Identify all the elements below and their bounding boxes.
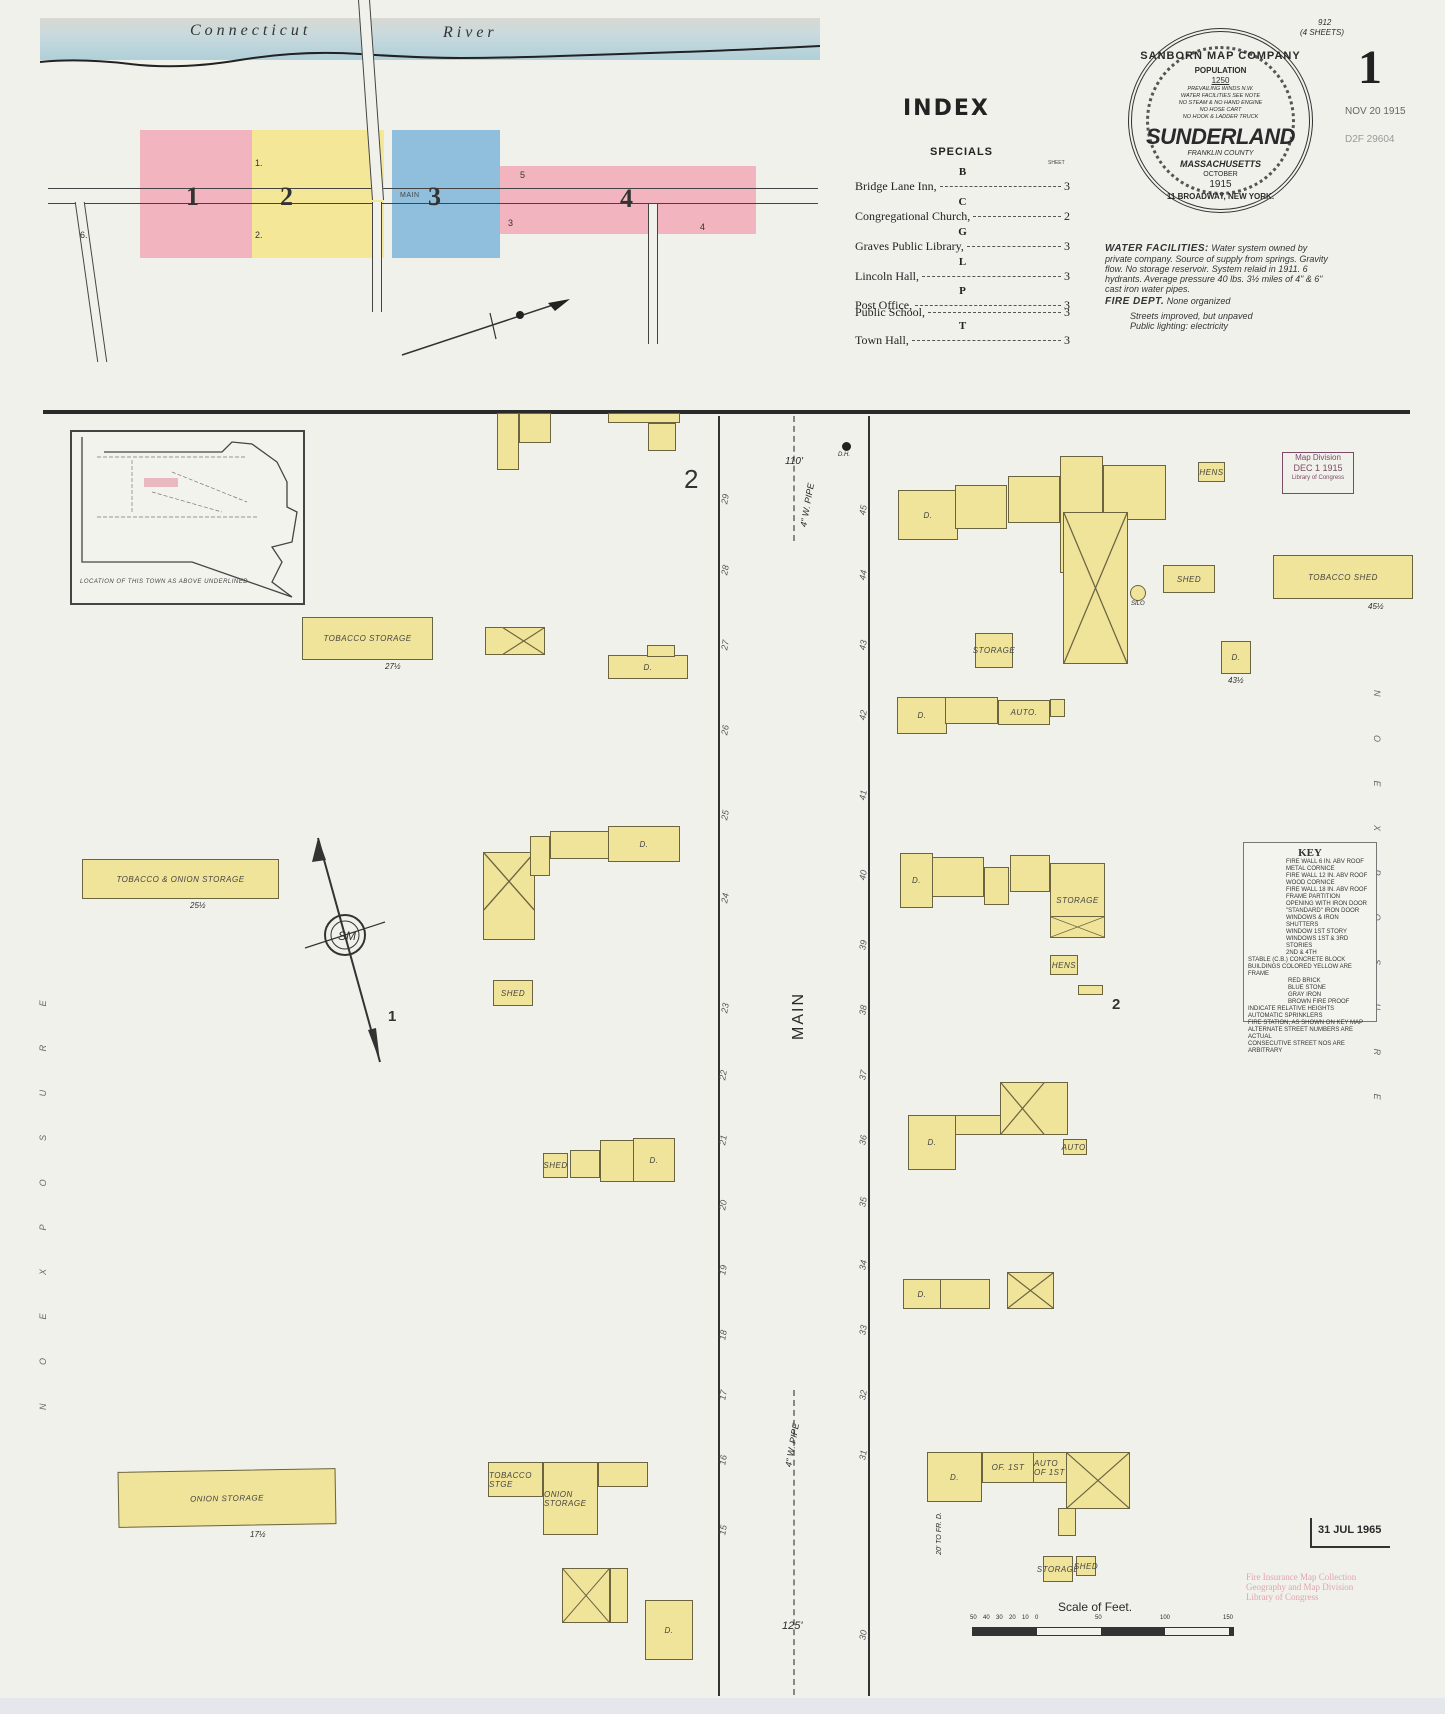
- hydrant-label: D.H.: [838, 452, 850, 458]
- building-dwelling[interactable]: D.: [608, 655, 688, 679]
- building-of-1st[interactable]: OF. 1ST: [982, 1452, 1034, 1483]
- index-subtitle: SPECIALS: [930, 146, 993, 158]
- massachusetts-outline-icon: [72, 432, 303, 603]
- keymap-toby-rd: [648, 204, 658, 344]
- seal-line: NO STEAM & NO HAND ENGINE: [1132, 100, 1309, 107]
- seal-month: OCTOBER: [1132, 171, 1309, 178]
- building[interactable]: [1050, 699, 1065, 717]
- keymap-north-arrow-icon: [400, 295, 575, 360]
- seal-company: SANBORN MAP COMPANY: [1132, 50, 1309, 62]
- river-shoreline: [40, 40, 820, 70]
- building[interactable]: [955, 485, 1007, 529]
- index-entry[interactable]: G Graves Public Library,3: [855, 226, 1070, 254]
- water-pipe-top: [793, 416, 797, 541]
- address-number: 21: [717, 1134, 729, 1146]
- sheet-ref-right: 2: [1112, 996, 1120, 1013]
- scale-bar: [972, 1627, 1234, 1636]
- section-divider: [43, 410, 1410, 414]
- address-number: 42: [857, 709, 869, 721]
- bottom-date-stamp: 31 JUL 1965: [1310, 1518, 1390, 1548]
- building-dwelling[interactable]: D.: [898, 490, 958, 540]
- adjacent-sheet-ref: 2.: [255, 230, 263, 240]
- distance-label: 43½: [1228, 676, 1244, 685]
- key-title: KEY: [1248, 847, 1372, 859]
- building[interactable]: [647, 645, 675, 657]
- address-number: 40: [857, 869, 869, 881]
- river-label-right: River: [443, 24, 498, 42]
- compass-rose-icon: SM: [300, 830, 410, 1070]
- silo-icon: [1130, 585, 1146, 601]
- water-facilities-notes: WATER FACILITIES: Water system owned by …: [1105, 243, 1335, 331]
- street-name-main: MAIN: [790, 992, 808, 1040]
- building[interactable]: [610, 1568, 628, 1623]
- index-entry[interactable]: Public School,3: [855, 305, 1070, 320]
- address-number: 44: [857, 569, 869, 581]
- index-entry[interactable]: B Bridge Lane Inn,3: [855, 166, 1070, 194]
- adjacent-sheet-ref: 4: [700, 222, 705, 232]
- address-number: 26: [719, 724, 731, 736]
- building[interactable]: [570, 1150, 600, 1178]
- no-exposure-left: N O E X P O S U R E: [38, 770, 48, 1410]
- address-number: 18: [717, 1329, 729, 1341]
- building-dwelling[interactable]: D.: [1221, 641, 1251, 674]
- seal-line: PREVAILING WINDS N.W.: [1132, 86, 1309, 93]
- address-number: 19: [717, 1264, 729, 1276]
- received-date: NOV 20 1915: [1345, 106, 1406, 117]
- building[interactable]: [1010, 855, 1050, 892]
- seal-county: FRANKLIN COUNTY: [1132, 150, 1309, 157]
- building-tobacco-onion-storage[interactable]: TOBACCO & ONION STORAGE: [82, 859, 279, 899]
- address-number: 45: [857, 504, 869, 516]
- sheet-ref-left: 2: [684, 464, 698, 495]
- building[interactable]: [648, 423, 676, 451]
- building-barn[interactable]: [483, 852, 535, 940]
- seal-town: SUNDERLAND: [1132, 124, 1309, 150]
- building-auto[interactable]: AUTO.: [1063, 1139, 1087, 1155]
- scale-ticks: 50 40 30 20 10 0 50 100 150: [970, 1615, 1250, 1621]
- water-pipe-top-dist: 110': [785, 456, 803, 467]
- address-number: 23: [719, 1002, 731, 1014]
- building-hens[interactable]: HENS: [1050, 955, 1078, 975]
- sanborn-seal: SANBORN MAP COMPANY POPULATION 1250 PREV…: [1128, 28, 1313, 213]
- building-onion-storage[interactable]: ONION STORAGE: [118, 1468, 337, 1528]
- building-dwelling[interactable]: D.: [908, 1115, 956, 1170]
- building-barn[interactable]: [485, 627, 545, 655]
- scale-title: Scale of Feet.: [1058, 1600, 1132, 1614]
- building-tobacco-stge[interactable]: TOBACCO STGE: [488, 1462, 543, 1497]
- adjacent-sheet-ref: 1.: [255, 158, 263, 168]
- building-dwelling[interactable]: D.: [900, 853, 933, 908]
- building[interactable]: [608, 413, 680, 423]
- seal-line: NO HOOK & LADDER TRUCK: [1132, 114, 1309, 121]
- building-barn[interactable]: [1063, 512, 1128, 664]
- water-pipe-top-label: 4" W. PIPE: [798, 482, 816, 527]
- location-inset-map: LOCATION OF THIS TOWN AS ABOVE UNDERLINE…: [70, 430, 305, 605]
- distance-label: 45½: [1368, 602, 1384, 611]
- building-barn[interactable]: [1000, 1082, 1068, 1135]
- collection-stamp: Fire Insurance Map Collection Geography …: [1246, 1572, 1356, 1602]
- building-tobacco-storage[interactable]: TOBACCO STORAGE: [302, 617, 433, 660]
- hydrant-icon: [842, 442, 851, 451]
- building[interactable]: [530, 836, 550, 876]
- address-number: 33: [857, 1324, 869, 1336]
- building[interactable]: [598, 1462, 648, 1487]
- address-number: 24: [719, 892, 731, 904]
- sheets-note: (4 SHEETS): [1300, 28, 1344, 37]
- building-dwelling[interactable]: D.: [903, 1279, 941, 1309]
- building-dwelling[interactable]: D.: [897, 697, 947, 734]
- building-auto[interactable]: AUTO OF 1ST: [1033, 1452, 1067, 1483]
- address-number: 39: [857, 939, 869, 951]
- address-number: 22: [717, 1069, 729, 1081]
- building-shed[interactable]: SHED: [1163, 565, 1215, 593]
- keymap-middle-lane: [372, 202, 382, 312]
- seal-line: WATER FACILITIES SEE NOTE: [1132, 93, 1309, 100]
- seal-address: 11 BROADWAY, NEW YORK.: [1132, 192, 1309, 201]
- building-hens[interactable]: HENS: [1198, 462, 1225, 482]
- building[interactable]: [945, 697, 998, 724]
- seal-year: 1915: [1132, 179, 1309, 190]
- map-division-stamp: Map Division DEC 1 1915 Library of Congr…: [1282, 452, 1354, 494]
- building-barn[interactable]: [1050, 916, 1105, 938]
- building[interactable]: [550, 831, 610, 859]
- svg-text:SM: SM: [338, 929, 356, 943]
- keymap-lower-lane: [75, 202, 107, 362]
- building-onion-storage-2[interactable]: ONION STORAGE: [543, 1462, 598, 1535]
- map-sheet: Connecticut River 1 2 3 4 MAIN 1. 2. 5 3…: [0, 0, 1445, 1698]
- address-number: 36: [857, 1134, 869, 1146]
- building-storage[interactable]: STORAGE: [975, 633, 1013, 668]
- keymap-label-2: 2: [280, 182, 293, 212]
- adjacent-sheet-ref: 5: [520, 170, 525, 180]
- catalog-number: D2F 29604: [1345, 134, 1394, 145]
- sheet-number: 1: [1358, 40, 1382, 95]
- building[interactable]: [1008, 476, 1060, 523]
- address-number: 20: [717, 1199, 729, 1211]
- address-number: 34: [857, 1259, 869, 1271]
- building[interactable]: [932, 857, 984, 897]
- index-entry[interactable]: T Town Hall,3: [855, 320, 1070, 348]
- water-pipe-bottom-dist: 125': [782, 1620, 802, 1632]
- seal-population-label: POPULATION: [1132, 66, 1309, 75]
- index-entry[interactable]: C Congregational Church,2: [855, 196, 1070, 224]
- distance-label: 27½: [385, 662, 401, 671]
- building-dwelling[interactable]: D.: [633, 1138, 675, 1182]
- address-number: 17: [717, 1389, 729, 1401]
- building-dwelling[interactable]: D.: [645, 1600, 693, 1660]
- building[interactable]: [1058, 1508, 1076, 1536]
- building-tobacco-shed[interactable]: TOBACCO SHED: [1273, 555, 1413, 599]
- address-number: 25: [719, 809, 731, 821]
- building-dwelling[interactable]: D.: [608, 826, 680, 862]
- distance-label: 25½: [190, 901, 206, 910]
- map-key-legend: KEY FIRE WALL 6 IN. ABV ROOF METAL CORNI…: [1243, 842, 1377, 1022]
- building[interactable]: [497, 413, 519, 470]
- keymap-label-1: 1: [186, 182, 199, 212]
- building-shed[interactable]: SHED: [493, 980, 533, 1006]
- building-barn[interactable]: [1066, 1452, 1130, 1509]
- address-number: 16: [717, 1454, 729, 1466]
- address-number: 38: [857, 1004, 869, 1016]
- building[interactable]: [519, 413, 551, 443]
- building-auto[interactable]: AUTO.: [998, 700, 1050, 725]
- address-number: 29: [719, 493, 731, 505]
- address-number: 30: [857, 1629, 869, 1641]
- address-number: 27: [719, 639, 731, 651]
- building-shed[interactable]: SHED: [543, 1153, 568, 1178]
- seal-population: 1250: [1132, 76, 1309, 85]
- address-number: 43: [857, 639, 869, 651]
- building-storage[interactable]: STORAGE: [1043, 1556, 1073, 1582]
- adjacent-sheet-ref: 6.: [80, 230, 88, 240]
- building[interactable]: [940, 1279, 990, 1309]
- water-pipe-bottom-label: 4" W. PIPE: [783, 1422, 801, 1467]
- setback-label: 20' TO FR. D.: [936, 1512, 943, 1555]
- building-barn[interactable]: [562, 1568, 610, 1623]
- keymap-street-main: MAIN: [400, 192, 420, 199]
- main-street-west-line: [718, 416, 720, 1696]
- address-number: 31: [857, 1449, 869, 1461]
- address-number: 15: [717, 1524, 729, 1536]
- building-dwelling[interactable]: D.: [927, 1452, 982, 1502]
- inset-caption: LOCATION OF THIS TOWN AS ABOVE UNDERLINE…: [80, 579, 248, 585]
- address-number: 32: [857, 1389, 869, 1401]
- seal-line: NO HOSE CART: [1132, 107, 1309, 114]
- river-label-left: Connecticut: [190, 22, 311, 40]
- main-street-east-line: [868, 416, 870, 1696]
- address-number: 37: [857, 1069, 869, 1081]
- keymap-label-4: 4: [620, 184, 633, 214]
- distance-label: 17½: [250, 1530, 266, 1539]
- index-entry[interactable]: L Lincoln Hall,3: [855, 256, 1070, 284]
- address-number: 41: [857, 789, 869, 801]
- building[interactable]: [1078, 985, 1103, 995]
- building-shed[interactable]: SHED: [1076, 1556, 1096, 1576]
- address-number: 28: [719, 564, 731, 576]
- index-title: INDEX: [903, 96, 990, 121]
- building-barn[interactable]: [1007, 1272, 1054, 1309]
- keymap-label-3: 3: [428, 182, 441, 212]
- building[interactable]: [984, 867, 1009, 905]
- adjacent-sheet-ref: 3: [508, 218, 513, 228]
- volume-note: 912: [1318, 18, 1331, 27]
- silo-label: SILO: [1131, 601, 1145, 607]
- seal-state: MASSACHUSETTS: [1132, 159, 1309, 169]
- building[interactable]: [955, 1115, 1001, 1135]
- address-number: 35: [857, 1196, 869, 1208]
